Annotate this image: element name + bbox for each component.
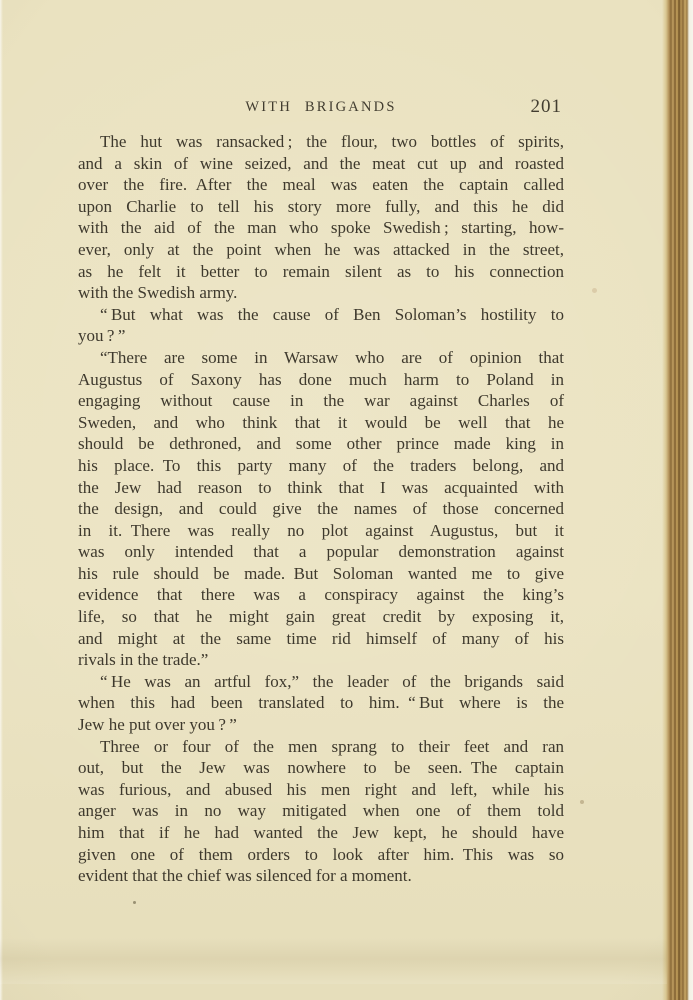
text-line: given one of them orders to look after h… — [78, 844, 564, 866]
text-line: as he felt it better to remain silent as… — [78, 261, 564, 283]
paragraph: Three or four of the men sprang to their… — [78, 736, 564, 887]
running-header: WITH BRIGANDS 201 — [78, 96, 564, 116]
text-line: with the Swedish army. — [78, 282, 564, 304]
body-text: The hut was ransacked ; the flour, two b… — [78, 131, 564, 887]
text-line: “There are some in Warsaw who are of opi… — [78, 347, 564, 369]
text-line: the Jew had reason to think that I was a… — [78, 477, 564, 499]
text-line: Sweden, and who think that it would be w… — [78, 412, 564, 434]
text-line: “ But what was the cause of Ben Soloman’… — [78, 304, 564, 326]
text-line: rivals in the trade.” — [78, 649, 564, 671]
scan-left-edge — [0, 0, 3, 1000]
text-line: anger was in no way mitigated when one o… — [78, 800, 564, 822]
text-line: should be dethroned, and some other prin… — [78, 433, 564, 455]
text-line: his rule should be made. But Soloman wan… — [78, 563, 564, 585]
text-line: in it. There was really no plot against … — [78, 520, 564, 542]
text-line: when this had been translated to him. “ … — [78, 692, 564, 714]
text-line: The hut was ransacked ; the flour, two b… — [78, 131, 564, 153]
text-line: Three or four of the men sprang to their… — [78, 736, 564, 758]
text-block: WITH BRIGANDS 201 The hut was ransacked … — [78, 96, 564, 887]
book-page-scan: WITH BRIGANDS 201 The hut was ransacked … — [0, 0, 693, 1000]
text-line: “ He was an artful fox,” the leader of t… — [78, 671, 564, 693]
text-line: Jew he put over you ? ” — [78, 714, 564, 736]
text-line: was only intended that a popular demonst… — [78, 541, 564, 563]
text-line: and a skin of wine seized, and the meat … — [78, 153, 564, 175]
running-title: WITH BRIGANDS — [78, 99, 564, 116]
paper-speck — [592, 288, 597, 293]
text-line: with the aid of the man who spoke Swedis… — [78, 217, 564, 239]
text-line: evidence that there was a conspiracy aga… — [78, 584, 564, 606]
text-line: him that if he had wanted the Jew kept, … — [78, 822, 564, 844]
text-line: was furious, and abused his men right an… — [78, 779, 564, 801]
text-line: and might at the same time rid himself o… — [78, 628, 564, 650]
text-line: evident that the chief was silenced for … — [78, 865, 564, 887]
text-line: the design, and could give the names of … — [78, 498, 564, 520]
paper-speck — [133, 901, 136, 904]
text-line: Augustus of Saxony has done much harm to… — [78, 369, 564, 391]
page-number: 201 — [531, 96, 563, 118]
text-line: out, but the Jew was nowhere to be seen.… — [78, 757, 564, 779]
text-line: ever, only at the point when he was atta… — [78, 239, 564, 261]
text-line: over the fire. After the meal was eaten … — [78, 174, 564, 196]
text-line: upon Charlie to tell his story more full… — [78, 196, 564, 218]
text-line: his place. To this party many of the tra… — [78, 455, 564, 477]
paragraph: The hut was ransacked ; the flour, two b… — [78, 131, 564, 304]
paragraph: “ He was an artful fox,” the leader of t… — [78, 671, 564, 736]
book-page-edge-right — [662, 0, 693, 1000]
text-line: engaging without cause in the war agains… — [78, 390, 564, 412]
paragraph: “ But what was the cause of Ben Soloman’… — [78, 304, 564, 347]
text-line: you ? ” — [78, 325, 564, 347]
text-line: life, so that he might gain great credit… — [78, 606, 564, 628]
paragraph: “There are some in Warsaw who are of opi… — [78, 347, 564, 671]
paper-speck — [580, 800, 584, 804]
